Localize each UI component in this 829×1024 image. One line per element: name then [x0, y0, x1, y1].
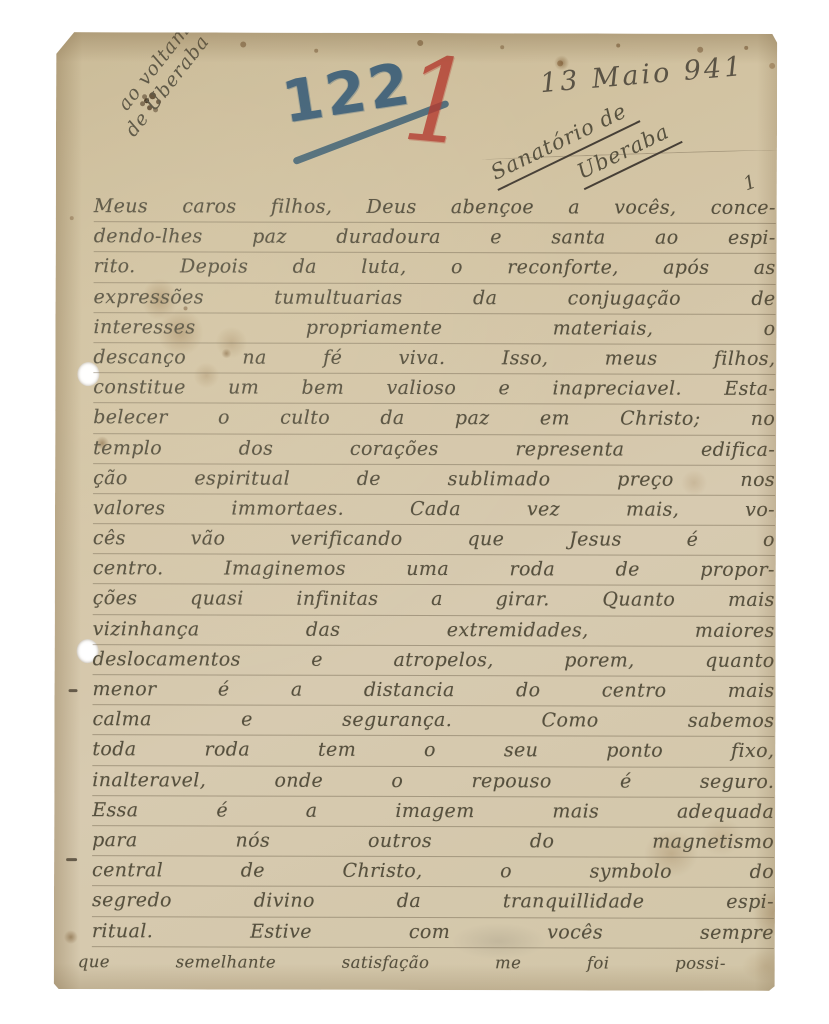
margin-dash — [66, 858, 77, 861]
letter-line: interesses propriamente materiais, o — [93, 313, 775, 345]
letter-line: inalteravel, onde o repouso é seguro. — [92, 766, 774, 798]
foxing-spots — [56, 36, 60, 40]
letter-line: segredo divino da tranquillidade espi- — [92, 886, 774, 918]
letter-line: calma e segurança. Como sabemos — [92, 705, 774, 737]
letter-line: deslocamentos e atropelos, porem, quanto — [93, 645, 775, 677]
location-mark: 1 — [740, 170, 759, 195]
scan-background: { "page": { "archival_number": "122", "a… — [0, 0, 829, 1024]
letter-line: menor é a distancia do centro mais — [92, 675, 774, 707]
letter-line: para nós outros do magnetismo — [92, 826, 774, 858]
letter-line: expressões tumultuarias da conjugação de — [94, 283, 776, 315]
letter-line: descanço na fé viva. Isso, meus filhos, — [93, 343, 775, 375]
letter-line: vizinhança das extremidades, maiores — [93, 615, 775, 647]
letter-line: que semelhante satisfação me foi possi- — [78, 947, 726, 978]
letter-line: ções quasi infinitas a girar. Quanto mai… — [93, 585, 775, 617]
letter-line: dendo-lhes paz duradoura e santa ao espi… — [94, 222, 776, 254]
letter-line: belecer o culto da paz em Christo; no — [93, 403, 775, 435]
letter-line: central de Christo, o symbolo do — [92, 856, 774, 888]
letter-line: ritual. Estive com vocês sempre — [92, 917, 774, 949]
letter-line: Essa é a imagem mais adequada — [92, 796, 774, 828]
letter-line: rito. Depois da luta, o reconforte, após… — [94, 253, 776, 285]
letter-line: valores immortaes. Cada vez mais, vo- — [93, 494, 775, 526]
letter-page: ao voltamos de Uberaba 122 1 13 Maio 941… — [54, 32, 778, 991]
letter-line: centro. Imaginemos uma roda de propor- — [93, 554, 775, 586]
letter-body: Meus caros filhos, Deus abençoe a vocês,… — [92, 192, 776, 978]
letter-line: cês vão verificando que Jesus é o — [93, 524, 775, 556]
letter-line: Meus caros filhos, Deus abençoe a vocês,… — [94, 192, 776, 224]
letter-line: templo dos corações representa edifica- — [93, 434, 775, 466]
letter-line: toda roda tem o seu ponto fixo, — [92, 736, 774, 768]
letter-line: constitue um bem valioso e inapreciavel.… — [93, 373, 775, 405]
stain — [64, 930, 78, 944]
red-crayon-mark: 1 — [399, 40, 475, 162]
letter-line: ção espiritual de sublimado preço nos — [93, 464, 775, 496]
margin-dash — [69, 689, 78, 692]
corner-annotation: ao voltamos de Uberaba — [113, 0, 259, 128]
